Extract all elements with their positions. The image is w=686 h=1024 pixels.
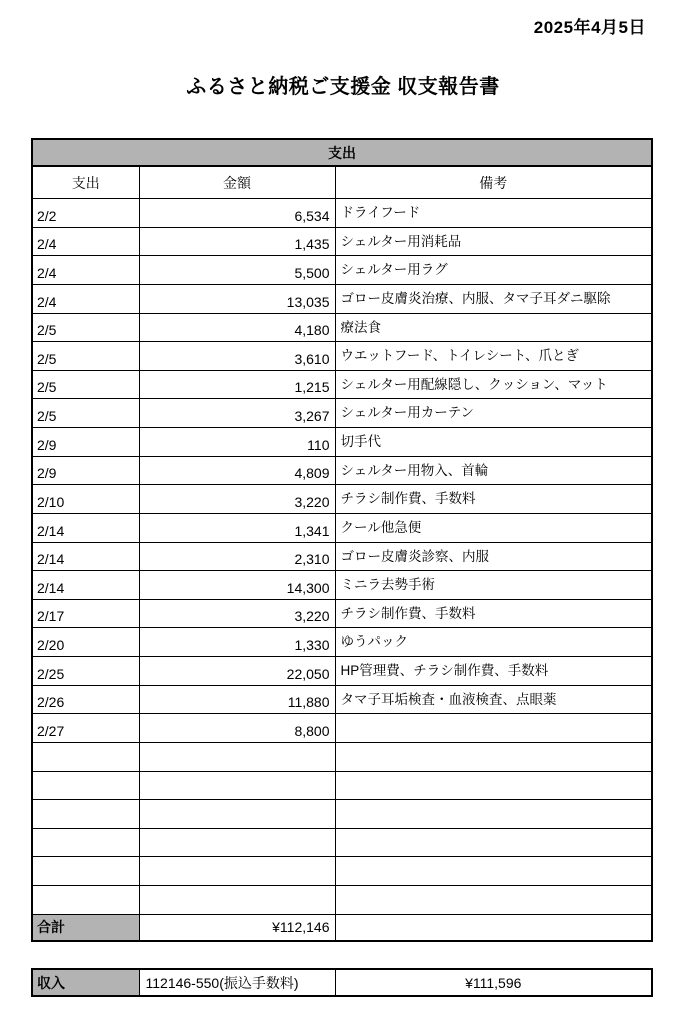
- expense-row: 2/2 6,534 ドライフード: [32, 199, 652, 228]
- expense-row: 2/25 22,050 HP管理費、チラシ制作費、手数料: [32, 657, 652, 686]
- expense-date-cell: 2/5: [32, 370, 139, 399]
- expense-section-header-row: 支出: [32, 139, 652, 166]
- expense-note-cell: シェルター用ラグ: [335, 256, 652, 285]
- expense-date-cell: 2/5: [32, 313, 139, 342]
- income-row: 収入 112146-550(振込手数料) ¥111,596: [32, 969, 652, 996]
- expense-date-cell: 2/5: [32, 399, 139, 428]
- expense-amount-cell: [139, 886, 335, 915]
- expense-note-cell: チラシ制作費、手数料: [335, 485, 652, 514]
- expense-note-cell: [335, 828, 652, 857]
- expense-row: 2/4 13,035 ゴロー皮膚炎治療、内服、タマ子耳ダニ駆除: [32, 284, 652, 313]
- expense-note-cell: ゴロー皮膚炎診察、内服: [335, 542, 652, 571]
- column-header-date: 支出: [32, 166, 139, 199]
- expense-note-cell: ウエットフード、トイレシート、爪とぎ: [335, 342, 652, 371]
- expense-note-cell: シェルター用カーテン: [335, 399, 652, 428]
- total-note-cell: [335, 914, 652, 941]
- income-amount: ¥111,596: [335, 969, 652, 996]
- expense-note-cell: [335, 714, 652, 743]
- expense-note-cell: ドライフード: [335, 199, 652, 228]
- expense-row: [32, 742, 652, 771]
- income-label: 収入: [32, 969, 139, 996]
- document-date: 2025年4月5日: [534, 13, 646, 38]
- expense-row: 2/14 1,341 クール他急便: [32, 513, 652, 542]
- expense-date-cell: 2/4: [32, 227, 139, 256]
- total-amount: ¥112,146: [139, 914, 335, 941]
- expense-row: 2/5 3,610 ウエットフード、トイレシート、爪とぎ: [32, 342, 652, 371]
- expense-row: 2/4 5,500 シェルター用ラグ: [32, 256, 652, 285]
- expense-amount-cell: 6,534: [139, 199, 335, 228]
- expense-note-cell: [335, 771, 652, 800]
- expense-note-cell: チラシ制作費、手数料: [335, 599, 652, 628]
- expense-note-cell: ゴロー皮膚炎治療、内服、タマ子耳ダニ駆除: [335, 284, 652, 313]
- expense-date-cell: 2/25: [32, 657, 139, 686]
- expense-amount-cell: 1,435: [139, 227, 335, 256]
- expense-amount-cell: 13,035: [139, 284, 335, 313]
- expense-amount-cell: [139, 771, 335, 800]
- expense-date-cell: 2/2: [32, 199, 139, 228]
- expense-note-cell: [335, 857, 652, 886]
- expense-date-cell: 2/4: [32, 256, 139, 285]
- expense-note-cell: シェルター用物入、首輪: [335, 456, 652, 485]
- expense-row: 2/14 2,310 ゴロー皮膚炎診察、内服: [32, 542, 652, 571]
- expense-date-cell: [32, 771, 139, 800]
- expense-amount-cell: 11,880: [139, 685, 335, 714]
- expense-note-cell: タマ子耳垢検査・血液検査、点眼薬: [335, 685, 652, 714]
- expense-amount-cell: 1,341: [139, 513, 335, 542]
- expense-row: 2/10 3,220 チラシ制作費、手数料: [32, 485, 652, 514]
- total-label: 合計: [32, 914, 139, 941]
- expense-note-cell: シェルター用消耗品: [335, 227, 652, 256]
- expense-note-cell: HP管理費、チラシ制作費、手数料: [335, 657, 652, 686]
- expense-amount-cell: [139, 857, 335, 886]
- expense-row: 2/4 1,435 シェルター用消耗品: [32, 227, 652, 256]
- expense-row: 2/14 14,300 ミニラ去勢手術: [32, 571, 652, 600]
- expense-date-cell: 2/4: [32, 284, 139, 313]
- expense-date-cell: 2/27: [32, 714, 139, 743]
- total-row: 合計 ¥112,146: [32, 914, 652, 941]
- expense-date-cell: [32, 857, 139, 886]
- expense-row: 2/5 4,180 療法食: [32, 313, 652, 342]
- expense-date-cell: 2/9: [32, 428, 139, 457]
- expense-row: [32, 828, 652, 857]
- expense-amount-cell: 4,180: [139, 313, 335, 342]
- expense-amount-cell: 3,220: [139, 599, 335, 628]
- expense-date-cell: 2/10: [32, 485, 139, 514]
- expense-date-cell: [32, 800, 139, 829]
- expense-note-cell: [335, 886, 652, 915]
- expense-amount-cell: 3,220: [139, 485, 335, 514]
- column-header-amount: 金額: [139, 166, 335, 199]
- income-table: 収入 112146-550(振込手数料) ¥111,596: [31, 968, 653, 997]
- expense-note-cell: 切手代: [335, 428, 652, 457]
- expense-note-cell: ミニラ去勢手術: [335, 571, 652, 600]
- expense-amount-cell: 14,300: [139, 571, 335, 600]
- expense-note-cell: シェルター用配線隠し、クッション、マット: [335, 370, 652, 399]
- expense-date-cell: 2/5: [32, 342, 139, 371]
- expense-note-cell: 療法食: [335, 313, 652, 342]
- expense-row: 2/27 8,800: [32, 714, 652, 743]
- expense-row: 2/5 3,267 シェルター用カーテン: [32, 399, 652, 428]
- expense-amount-cell: 1,330: [139, 628, 335, 657]
- expense-date-cell: [32, 742, 139, 771]
- expense-note-cell: [335, 800, 652, 829]
- expense-note-cell: クール他急便: [335, 513, 652, 542]
- expense-amount-cell: 3,267: [139, 399, 335, 428]
- report-page: 2025年4月5日 ふるさと納税ご支援金 収支報告書 支出 支出 金額 備考 2…: [0, 0, 686, 1024]
- expense-row: 2/5 1,215 シェルター用配線隠し、クッション、マット: [32, 370, 652, 399]
- expense-amount-cell: 110: [139, 428, 335, 457]
- expense-amount-cell: [139, 742, 335, 771]
- expense-row: [32, 886, 652, 915]
- expense-date-cell: 2/14: [32, 513, 139, 542]
- expense-row: [32, 800, 652, 829]
- expense-amount-cell: 4,809: [139, 456, 335, 485]
- expense-section-header: 支出: [32, 139, 652, 166]
- expense-amount-cell: 5,500: [139, 256, 335, 285]
- expense-note-cell: [335, 742, 652, 771]
- expense-amount-cell: 2,310: [139, 542, 335, 571]
- expense-row: 2/20 1,330 ゆうパック: [32, 628, 652, 657]
- expense-date-cell: 2/20: [32, 628, 139, 657]
- page-title: ふるさと納税ご支援金 収支報告書: [0, 70, 686, 99]
- income-calculation: 112146-550(振込手数料): [139, 969, 335, 996]
- expense-amount-cell: [139, 828, 335, 857]
- expense-amount-cell: 22,050: [139, 657, 335, 686]
- expense-row: 2/26 11,880 タマ子耳垢検査・血液検査、点眼薬: [32, 685, 652, 714]
- expense-date-cell: 2/9: [32, 456, 139, 485]
- expense-date-cell: 2/17: [32, 599, 139, 628]
- expense-date-cell: 2/14: [32, 542, 139, 571]
- expense-date-cell: 2/14: [32, 571, 139, 600]
- expense-date-cell: [32, 886, 139, 915]
- column-header-note: 備考: [335, 166, 652, 199]
- expense-row: 2/9 4,809 シェルター用物入、首輪: [32, 456, 652, 485]
- expense-rows: 2/2 6,534 ドライフード 2/4 1,435 シェルター用消耗品 2/4…: [32, 199, 652, 915]
- expense-amount-cell: 8,800: [139, 714, 335, 743]
- expense-column-header-row: 支出 金額 備考: [32, 166, 652, 199]
- expense-date-cell: [32, 828, 139, 857]
- expense-amount-cell: 1,215: [139, 370, 335, 399]
- expense-amount-cell: [139, 800, 335, 829]
- expense-note-cell: ゆうパック: [335, 628, 652, 657]
- expense-row: [32, 857, 652, 886]
- expense-date-cell: 2/26: [32, 685, 139, 714]
- expense-row: [32, 771, 652, 800]
- expense-table: 支出 支出 金額 備考 2/2 6,534 ドライフード 2/4 1,435 シ…: [31, 138, 653, 942]
- expense-row: 2/17 3,220 チラシ制作費、手数料: [32, 599, 652, 628]
- expense-row: 2/9 110 切手代: [32, 428, 652, 457]
- expense-amount-cell: 3,610: [139, 342, 335, 371]
